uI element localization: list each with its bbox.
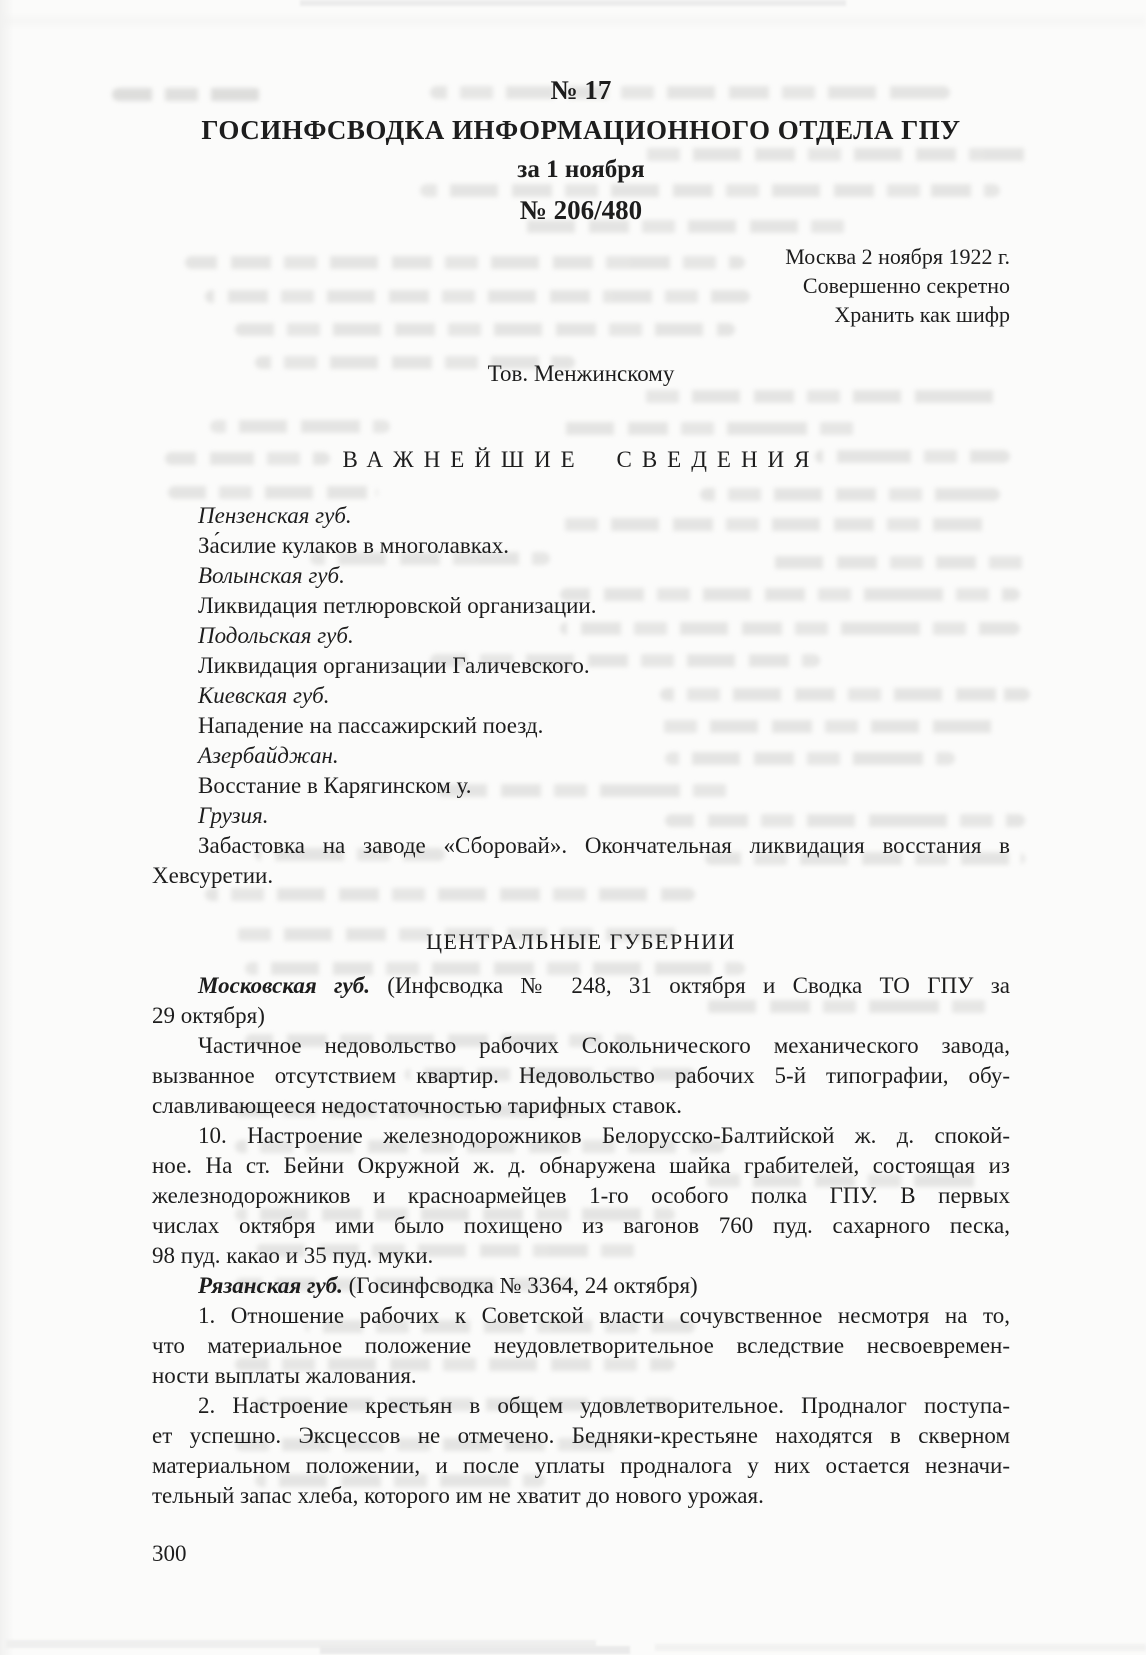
summary-line: Ликвидация петлюровской организации. — [152, 591, 1010, 621]
body-line: Московская губ. (Инфсводка № 248, 31 окт… — [152, 971, 1010, 1001]
document-title: ГОСИНФСВОДКА ИНФОРМАЦИОННОГО ОТДЕЛА ГПУ — [152, 110, 1010, 150]
region-name: Азербайджан. — [152, 741, 1010, 771]
important-info-item: Пензенская губ.За́силие кулаков в многол… — [152, 501, 1010, 561]
region-name: Грузия. — [152, 801, 1010, 831]
secrecy-label: Совершенно секретно — [152, 271, 1010, 300]
scan-edge-artifact-bottom-2 — [320, 1646, 630, 1654]
report-paragraph: 1. Отношение рабочих к Советской власти … — [152, 1301, 1010, 1391]
stamp-block: Москва 2 ноября 1922 г. Совершенно секре… — [152, 242, 1010, 329]
document-content: № 17 ГОСИНФСВОДКА ИНФОРМАЦИОННОГО ОТДЕЛА… — [152, 0, 1010, 1569]
region-name: Волынская губ. — [152, 561, 1010, 591]
place-date-line: Москва 2 ноября 1922 г. — [152, 242, 1010, 271]
summary-line: За́силие кулаков в многолавках. — [152, 531, 1010, 561]
body-line: материальном положении, и после уплаты п… — [152, 1451, 1010, 1481]
document-date-line: за 1 ноября — [152, 150, 1010, 190]
document-header: № 17 ГОСИНФСВОДКА ИНФОРМАЦИОННОГО ОТДЕЛА… — [152, 0, 1010, 230]
body-line: 98 пуд. какао и 35 пуд. муки. — [152, 1241, 1010, 1271]
important-info-item: Волынская губ.Ликвидация петлюровской ор… — [152, 561, 1010, 621]
summary-line: Восстание в Карягинском у. — [152, 771, 1010, 801]
body-line: ное. На ст. Бейни Окружной ж. д. обнаруж… — [152, 1151, 1010, 1181]
report-paragraph: Рязанская губ. (Госинфсводка № 3364, 24 … — [152, 1271, 1010, 1301]
region-name: Киевская губ. — [152, 681, 1010, 711]
report-paragraph: Частичное недовольство рабочих Сокольнич… — [152, 1031, 1010, 1121]
page-number: 300 — [152, 1539, 1010, 1569]
report-body: Московская губ. (Инфсводка № 248, 31 окт… — [152, 971, 1010, 1511]
important-info-item: Грузия.Забастовка на заводе «Сборовай». … — [152, 801, 1010, 891]
scan-edge-artifact-bottom-3 — [655, 1644, 1146, 1651]
document-number: № 17 — [152, 70, 1010, 110]
cipher-note: Хранить как шифр — [152, 300, 1010, 329]
body-line: 29 октября) — [152, 1001, 1010, 1031]
important-info-item: Киевская губ.Нападение на пассажирский п… — [152, 681, 1010, 741]
scan-edge-artifact-left — [0, 0, 14, 1655]
important-info-item: Азербайджан.Восстание в Карягинском у. — [152, 741, 1010, 801]
addressee: Тов. Менжинскому — [152, 359, 1010, 389]
body-line: железнодорожников и красноармейцев 1-го … — [152, 1181, 1010, 1211]
document-issue-number: № 206/480 — [152, 190, 1010, 230]
central-section-heading: ЦЕНТРАЛЬНЫЕ ГУБЕРНИИ — [152, 927, 1010, 957]
body-line: тельный запас хлеба, которого им не хват… — [152, 1481, 1010, 1511]
report-paragraph: Московская губ. (Инфсводка № 248, 31 окт… — [152, 971, 1010, 1031]
report-paragraph: 10. Настроение железнодорожников Белорус… — [152, 1121, 1010, 1271]
source-reference: (Инфсводка № 248, 31 октября и Сводка ТО… — [370, 973, 1010, 998]
body-line: 2. Настроение крестьян в общем удовлетво… — [152, 1391, 1010, 1421]
body-line: ности выплаты жалования. — [152, 1361, 1010, 1391]
governorate-name: Московская губ. — [198, 973, 370, 998]
region-name: Подольская губ. — [152, 621, 1010, 651]
body-line: ет успешно. Эксцессов не отмечено. Бедня… — [152, 1421, 1010, 1451]
body-line: что материальное положение неудовлетвори… — [152, 1331, 1010, 1361]
important-info-item: Подольская губ.Ликвидация организации Га… — [152, 621, 1010, 681]
summary-line: Нападение на пассажирский поезд. — [152, 711, 1010, 741]
summary-line: Хевсуретии. — [152, 861, 1010, 891]
important-info-list: Пензенская губ.За́силие кулаков в многол… — [152, 501, 1010, 891]
important-info-heading: ВАЖНЕЙШИЕ СВЕДЕНИЯ — [152, 445, 1010, 475]
report-paragraph: 2. Настроение крестьян в общем удовлетво… — [152, 1391, 1010, 1511]
body-line: 1. Отношение рабочих к Советской власти … — [152, 1301, 1010, 1331]
body-line: славливающееся недостаточностью тарифных… — [152, 1091, 1010, 1121]
body-line: числах октября ими было похищено из ваго… — [152, 1211, 1010, 1241]
region-name: Пензенская губ. — [152, 501, 1010, 531]
scanned-document-page: № 17 ГОСИНФСВОДКА ИНФОРМАЦИОННОГО ОТДЕЛА… — [0, 0, 1146, 1655]
body-line: Частичное недовольство рабочих Сокольнич… — [152, 1031, 1010, 1061]
body-line: Рязанская губ. (Госинфсводка № 3364, 24 … — [152, 1271, 1010, 1301]
source-reference: (Госинфсводка № 3364, 24 октября) — [343, 1273, 698, 1298]
scan-edge-artifact-bottom — [6, 1640, 596, 1648]
governorate-name: Рязанская губ. — [198, 1273, 343, 1298]
body-line: 10. Настроение железнодорожников Белорус… — [152, 1121, 1010, 1151]
body-line: вызванное отсутствием квартир. Недовольс… — [152, 1061, 1010, 1091]
summary-line: Забастовка на заводе «Сборовай». Окончат… — [152, 831, 1010, 861]
summary-line: Ликвидация организации Галичевского. — [152, 651, 1010, 681]
